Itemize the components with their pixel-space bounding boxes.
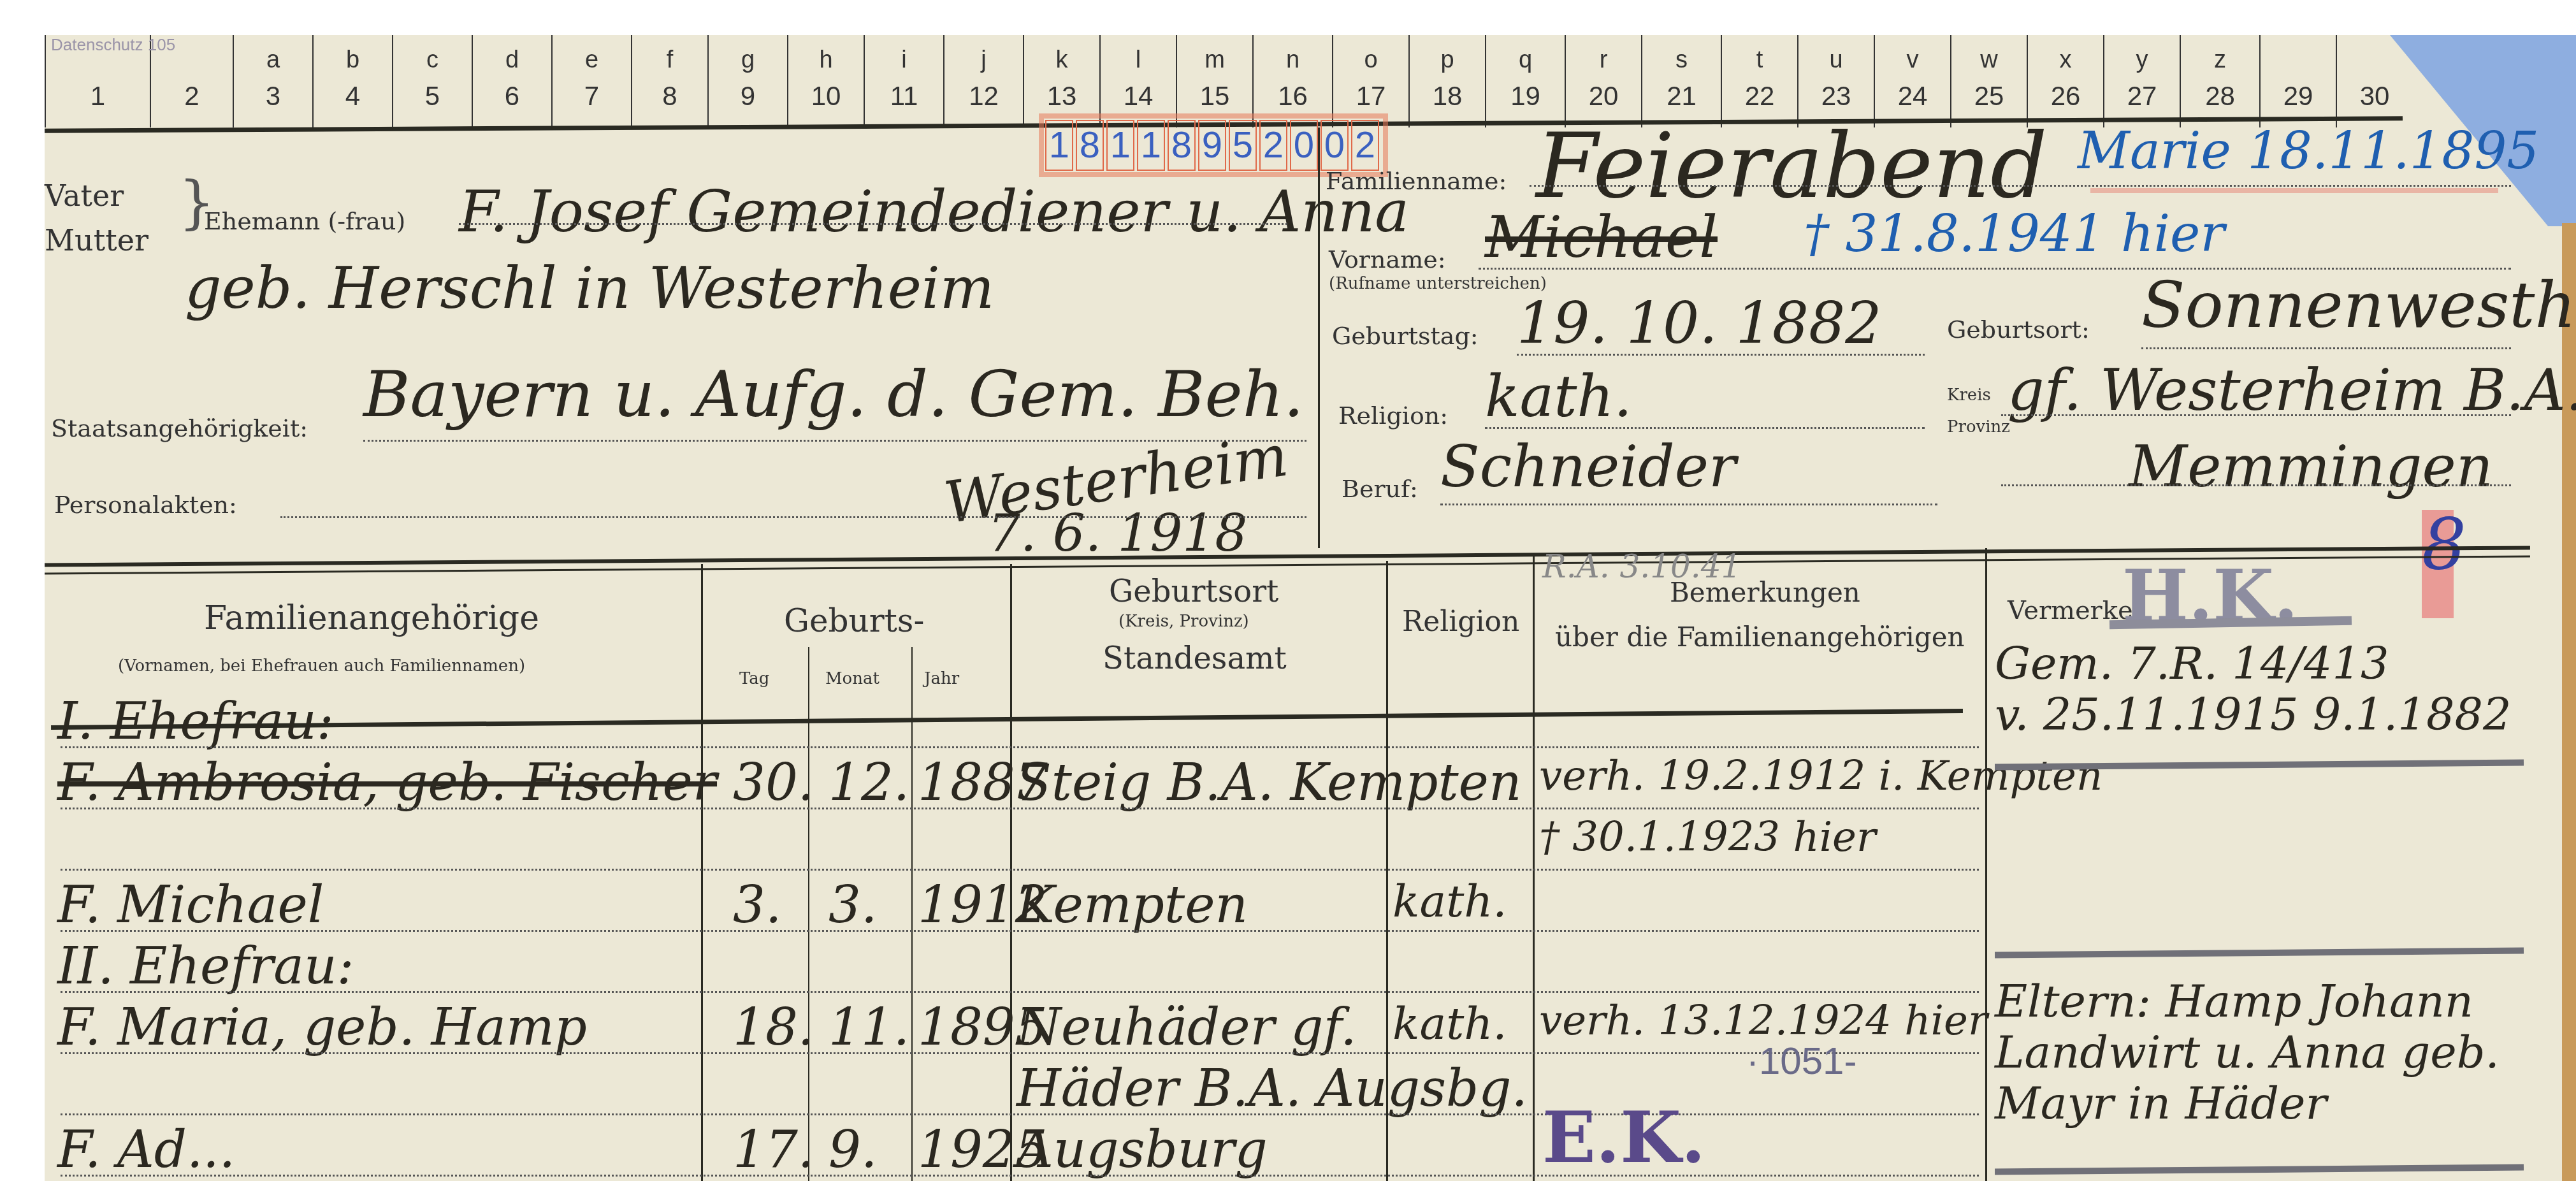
dotted-line xyxy=(61,808,1979,809)
firstname-sub-label: (Rufname unterstreichen) xyxy=(1329,274,1547,293)
cell-name: II. Ehefrau: xyxy=(57,936,354,996)
firstname-value: Michael xyxy=(1485,204,1718,271)
index-letter: x xyxy=(2028,47,2103,74)
col-birth-header: Geburts- xyxy=(784,602,924,639)
index-number: 27 xyxy=(2104,81,2180,112)
citizenship-value: Bayern u. Aufg. d. Gem. Beh. xyxy=(363,357,1304,431)
remarks-pencil-note: R.A. 3.10.41 xyxy=(1542,548,1741,585)
birthplace-value: Sonnenwestheim xyxy=(2141,268,2576,342)
dotted-line xyxy=(1485,427,1925,429)
index-number: 19 xyxy=(1486,81,1565,112)
citizenship-label: Staatsangehörigkeit: xyxy=(51,414,308,442)
blue-mark: 8 xyxy=(2422,504,2466,585)
col-divider xyxy=(701,564,703,1181)
index-letter: d xyxy=(473,47,551,74)
index-letter: r xyxy=(1566,47,1641,74)
district-value-2: Memmingen xyxy=(2129,433,2493,500)
birthdate-label: Geburtstag: xyxy=(1332,322,1479,350)
index-number: 5 xyxy=(393,81,472,112)
dotted-line xyxy=(61,869,1979,871)
occupation-label: Beruf: xyxy=(1342,475,1418,503)
cell-name: F. Michael xyxy=(57,875,324,934)
index-cell: z28 xyxy=(2180,35,2259,127)
cell-remarks: † 30.1.1923 hier xyxy=(1539,814,1876,861)
cell-month: 11. xyxy=(829,997,909,1057)
index-cell: w25 xyxy=(1950,35,2027,127)
divider xyxy=(1318,127,1320,548)
dotted-line xyxy=(459,223,1287,225)
index-letter: u xyxy=(1798,47,1874,74)
cell-place: Steig B.A. Kempten xyxy=(1017,753,1521,812)
index-number: 1 xyxy=(46,81,150,112)
index-cell: e7 xyxy=(551,35,631,127)
index-number: 7 xyxy=(553,81,631,112)
index-cell: r20 xyxy=(1565,35,1641,127)
cell-place: Augsburg xyxy=(1017,1120,1268,1179)
index-number: 24 xyxy=(1875,81,1950,112)
note-entry: Gem. 7.R. 14/413 xyxy=(1995,637,2389,690)
personnel-files-label: Personalakten: xyxy=(54,491,237,519)
index-number: 16 xyxy=(1254,81,1332,112)
cell-name: I. Ehefrau: xyxy=(57,692,334,751)
index-number: 3 xyxy=(234,81,312,112)
index-number: 18 xyxy=(1410,81,1485,112)
index-number: 25 xyxy=(1951,81,2027,112)
index-letter: b xyxy=(314,47,392,74)
index-number: 2 xyxy=(151,81,233,112)
index-cell: v24 xyxy=(1874,35,1950,127)
dotted-line xyxy=(1440,504,1937,505)
col-religion-header: Religion xyxy=(1402,605,1519,638)
birthdate-value: 19. 10. 1882 xyxy=(1517,290,1882,357)
col-divider xyxy=(808,647,809,1181)
index-letter: o xyxy=(1333,47,1408,74)
index-number: 12 xyxy=(944,81,1023,112)
dotted-line xyxy=(2001,484,2511,486)
index-number: 23 xyxy=(1798,81,1874,112)
district-label: Kreis xyxy=(1947,386,1991,405)
index-cell: 29 xyxy=(2259,35,2336,127)
index-letter: v xyxy=(1875,47,1950,74)
index-number: 21 xyxy=(1642,81,1721,112)
death-note: † 31.8.1941 hier xyxy=(1804,204,2225,263)
index-cell: a3 xyxy=(233,35,312,127)
cell-day: 18. xyxy=(733,997,814,1057)
red-underline xyxy=(2090,188,2498,193)
index-number: 30 xyxy=(2337,81,2412,112)
col-remarks-subheader: über die Familienangehörigen xyxy=(1555,621,1965,653)
index-letter: i xyxy=(865,47,943,74)
index-cell: u23 xyxy=(1797,35,1874,127)
index-letter: a xyxy=(234,47,312,74)
cell-place: Neuhäder gf. xyxy=(1017,997,1357,1057)
surname-value: Feierabend xyxy=(1536,115,2048,219)
index-number: 17 xyxy=(1333,81,1408,112)
index-letter: q xyxy=(1486,47,1565,74)
cell-name: F. Maria, geb. Hamp xyxy=(57,997,587,1057)
index-cell: 30 xyxy=(2336,35,2412,127)
stamp-number: ·1051- xyxy=(1746,1039,1856,1083)
index-letter: k xyxy=(1024,47,1099,74)
cell-remarks: verh. 13.12.1924 hier xyxy=(1539,997,1987,1045)
dotted-line xyxy=(61,746,1979,748)
index-number: 9 xyxy=(709,81,787,112)
cell-month: 3. xyxy=(829,875,877,934)
cell-place: Häder B.A. Augsbg. xyxy=(1017,1059,1528,1118)
index-letter: t xyxy=(1722,47,1797,74)
surname-note: Marie 18.11.1895 xyxy=(2078,121,2539,180)
cell-religion: kath. xyxy=(1393,997,1507,1050)
col-birthplace-header: Geburtsort xyxy=(1109,574,1278,609)
index-cell: h10 xyxy=(787,35,864,127)
cell-name: F. Ad... xyxy=(57,1120,235,1179)
note-entry: Landwirt u. Anna geb. xyxy=(1995,1026,2500,1078)
index-cell: y27 xyxy=(2103,35,2180,127)
index-number: 20 xyxy=(1566,81,1641,112)
index-cell: c5 xyxy=(392,35,472,127)
index-letter: n xyxy=(1254,47,1332,74)
stamp-ek: E.K. xyxy=(1542,1096,1705,1178)
cell-day: 3. xyxy=(733,875,781,934)
birthplace-label: Geburtsort: xyxy=(1947,315,2090,344)
index-letter: s xyxy=(1642,47,1721,74)
index-cell: b4 xyxy=(312,35,392,127)
index-letter: m xyxy=(1177,47,1252,74)
province-label: Provinz xyxy=(1947,417,2010,437)
dotted-line xyxy=(2141,347,2511,349)
father-label: Vater xyxy=(45,178,124,213)
col-family-header: Familienangehörige xyxy=(204,599,539,637)
cell-day: 30. xyxy=(733,753,814,812)
index-number: 26 xyxy=(2028,81,2103,112)
index-number: 6 xyxy=(473,81,551,112)
index-letter: l xyxy=(1101,47,1176,74)
dotted-line xyxy=(61,930,1979,932)
cell-place: Kempten xyxy=(1017,875,1248,934)
dotted-line xyxy=(1530,185,2511,187)
index-cell: x26 xyxy=(2027,35,2103,127)
corner-stamp: Datenschutz 105 xyxy=(51,35,175,55)
dotted-line xyxy=(61,1052,1979,1054)
dotted-line xyxy=(280,516,1306,518)
mother-label: Mutter xyxy=(45,223,148,257)
cell-month: 9. xyxy=(829,1120,877,1179)
index-number: 11 xyxy=(865,81,943,112)
index-number: 29 xyxy=(2261,81,2336,112)
index-number: 13 xyxy=(1024,81,1099,112)
cell-religion: kath. xyxy=(1393,875,1507,927)
index-number: 4 xyxy=(314,81,392,112)
col-birthplace-subheader: (Kreis, Provinz) xyxy=(1118,612,1249,631)
occupation-value: Schneider xyxy=(1440,433,1736,500)
index-letter: p xyxy=(1410,47,1485,74)
cell-month: 12. xyxy=(829,753,909,812)
col-month-header: Monat xyxy=(825,669,879,688)
index-letter: y xyxy=(2104,47,2180,74)
index-cell: f8 xyxy=(631,35,707,127)
cell-remarks: verh. 19.2.1912 i. Kempten xyxy=(1539,753,2102,800)
cell-day: 17. xyxy=(733,1120,814,1179)
surname-label: Familienname: xyxy=(1326,167,1507,195)
index-cell: j12 xyxy=(943,35,1023,127)
index-letter: f xyxy=(632,47,707,74)
index-cell: s21 xyxy=(1641,35,1721,127)
dotted-line xyxy=(1517,354,1925,356)
index-cell: q19 xyxy=(1485,35,1565,127)
index-letter: w xyxy=(1951,47,2027,74)
parents-value: F. Josef Gemeindediener u. Anna xyxy=(459,178,1409,245)
index-cell: p18 xyxy=(1408,35,1485,127)
index-letter: j xyxy=(944,47,1023,74)
index-number: 22 xyxy=(1722,81,1797,112)
index-cell: t22 xyxy=(1721,35,1797,127)
religion-label: Religion: xyxy=(1338,402,1448,430)
index-letter: z xyxy=(2181,47,2259,74)
note-entry: Eltern: Hamp Johann xyxy=(1995,975,2473,1027)
note-entry: v. 25.11.1915 9.1.1882 xyxy=(1995,688,2512,741)
index-number: 10 xyxy=(788,81,864,112)
index-number: 8 xyxy=(632,81,707,112)
index-cell: d6 xyxy=(472,35,551,127)
col-registry-header: Standesamt xyxy=(1103,641,1287,676)
parents-value-2: geb. Herschl in Westerheim xyxy=(185,255,994,322)
dotted-line xyxy=(61,991,1979,993)
firstname-label: Vorname: xyxy=(1329,245,1445,273)
index-letter: h xyxy=(788,47,864,74)
index-letter: g xyxy=(709,47,787,74)
citizenship-date: 7. 6. 1918 xyxy=(988,504,1247,563)
dotted-line xyxy=(2001,414,2511,416)
index-number: 28 xyxy=(2181,81,2259,112)
index-number: 15 xyxy=(1177,81,1252,112)
col-divider xyxy=(1985,548,1987,1181)
note-entry: Mayr in Häder xyxy=(1995,1077,2327,1129)
religion-value: kath. xyxy=(1485,363,1632,430)
col-divider xyxy=(911,647,913,1181)
index-number: 14 xyxy=(1101,81,1176,112)
index-cell: g9 xyxy=(707,35,787,127)
col-day-header: Tag xyxy=(739,669,769,688)
spouse-label: Ehemann (-frau) xyxy=(204,207,405,235)
col-divider xyxy=(1533,554,1535,1181)
cell-name: F. Ambrosia, geb. Fischer xyxy=(57,753,717,812)
col-divider xyxy=(1010,564,1012,1181)
col-family-subheader: (Vornamen, bei Ehefrauen auch Familienna… xyxy=(118,656,525,676)
index-letter: e xyxy=(553,47,631,74)
index-letter: c xyxy=(393,47,472,74)
col-year-header: Jahr xyxy=(924,669,959,688)
index-cell: i11 xyxy=(864,35,943,127)
